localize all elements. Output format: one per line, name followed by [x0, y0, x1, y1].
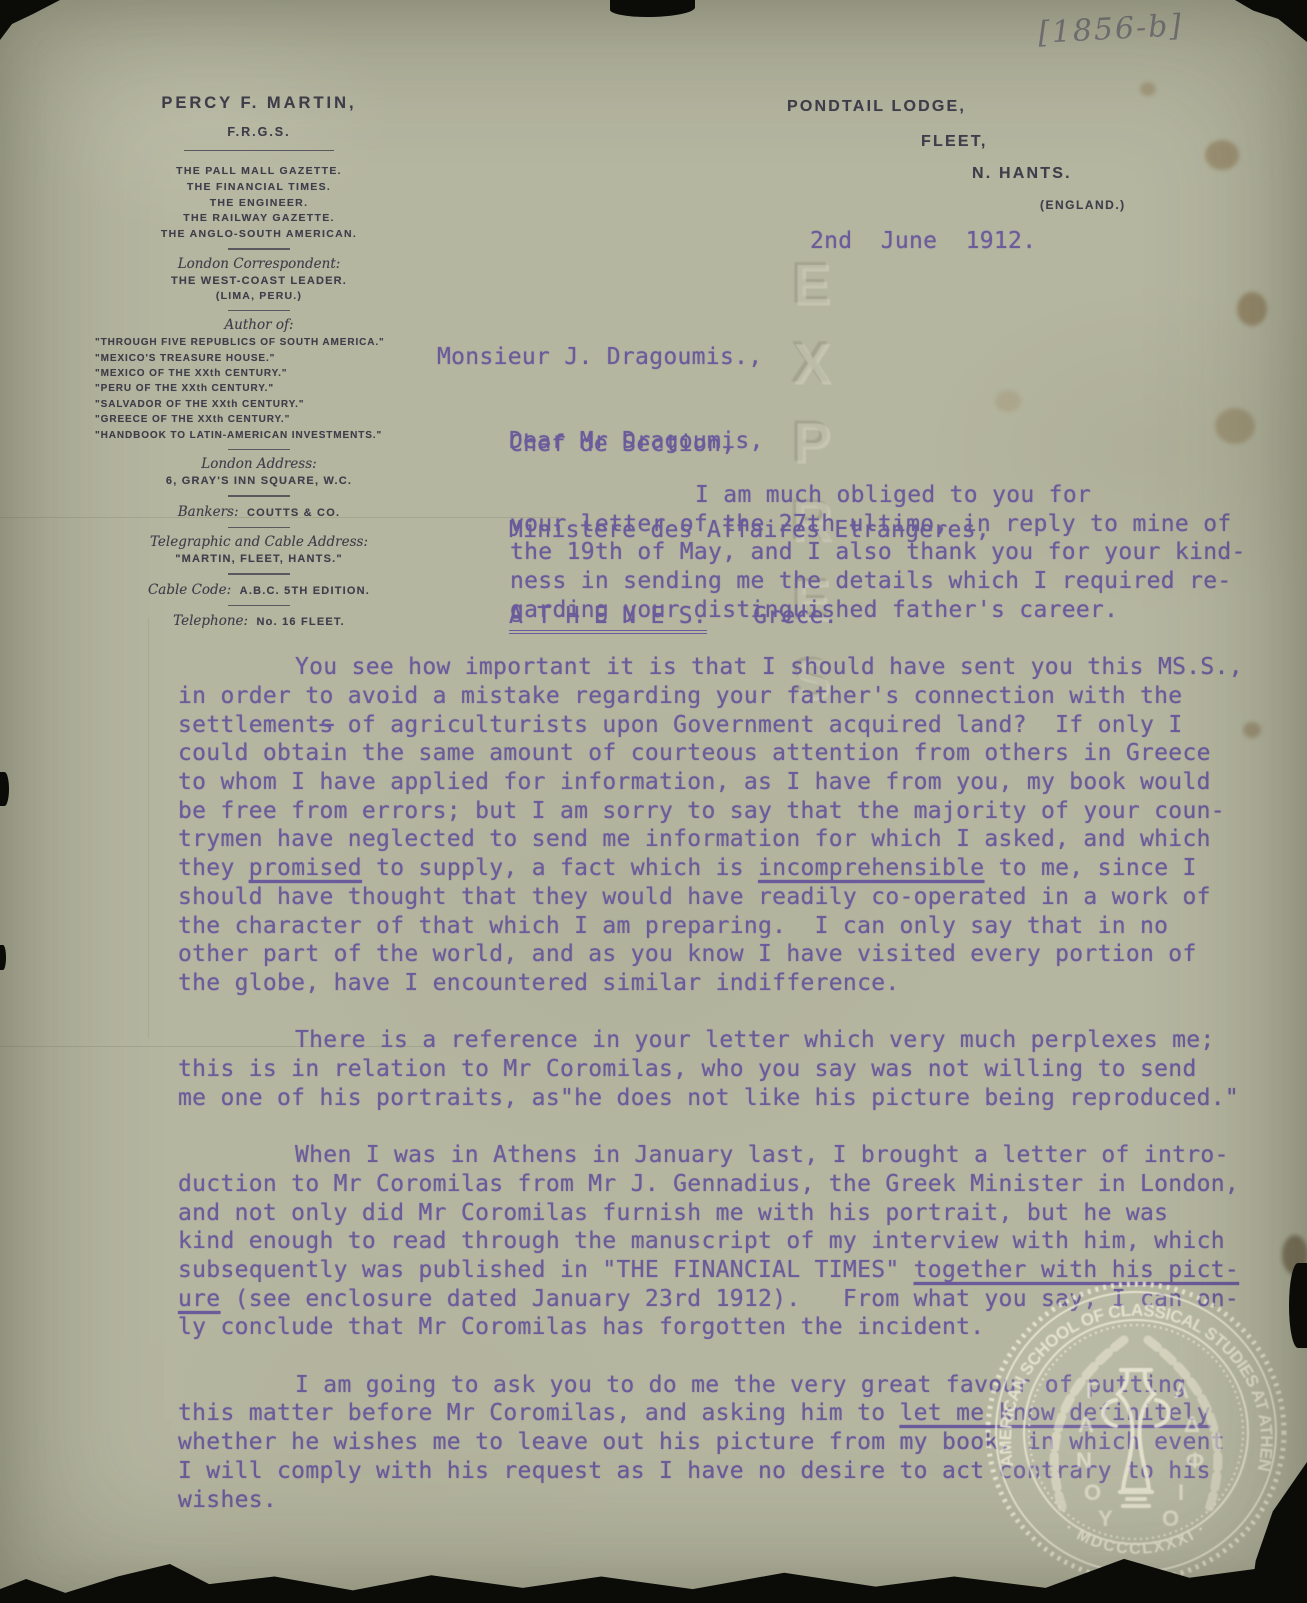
typed-segment: incomprehensible	[758, 855, 984, 881]
typed-line: When I was in Athens in January last, I …	[178, 1141, 1278, 1170]
seal-greek-letter: Γ	[1086, 1378, 1099, 1403]
paragraph: There is a reference in your letter whic…	[178, 1026, 1278, 1112]
seal-greek-letter: Ο	[1162, 1506, 1179, 1531]
typed-line: You see how important it is that I shoul…	[178, 653, 1278, 682]
paragraph: You see how important it is that I shoul…	[178, 653, 1278, 997]
typed-segment: settlement	[178, 712, 319, 738]
list-item: THE ENGINEER.	[85, 196, 433, 212]
typed-line: There is a reference in your letter whic…	[178, 1026, 1278, 1055]
typed-segment: me one of his portraits, as"he does not …	[178, 1085, 1239, 1111]
typed-segment: the character of that which I am prepari…	[178, 913, 1168, 939]
list-item: "PERU OF THE XXth CENTURY."	[95, 381, 433, 396]
list-item: "MEXICO OF THE XXth CENTURY."	[95, 366, 433, 381]
divider	[228, 310, 290, 311]
typed-segment: should have thought that they would have…	[178, 884, 1211, 910]
scanned-letter-page: [1856-b] EXPRES PERCY F. MARTIN, F.R.G.S…	[0, 0, 1307, 1603]
stain	[995, 390, 1021, 412]
london-address-label: London Address:	[85, 456, 433, 472]
typed-segment: You see how important it is that I shoul…	[295, 654, 1243, 680]
torn-edge	[0, 772, 9, 806]
list-item: "THROUGH FIVE REPUBLICS OF SOUTH AMERICA…	[95, 335, 433, 350]
letterhead-title: F.R.G.S.	[85, 125, 433, 139]
typed-line: settlements of agriculturists upon Gover…	[178, 711, 1278, 740]
typed-line: other part of the world, and as you know…	[178, 940, 1278, 969]
typed-segment: to whom I have applied for information, …	[178, 769, 1211, 795]
typed-segment: your letter of the 27th ultimo, in reply…	[510, 511, 1232, 537]
correspondent-location: (LIMA, PERU.)	[85, 289, 433, 304]
typed-line: should have thought that they would have…	[178, 883, 1278, 912]
list-item: "GREECE OF THE XXth CENTURY."	[95, 412, 433, 427]
recipient-name: Monsieur J. Dragoumis.,	[437, 343, 990, 372]
letterhead-publications: THE PALL MALL GAZETTE.THE FINANCIAL TIME…	[85, 164, 433, 242]
torn-edge	[0, 945, 6, 970]
typed-line: duction to Mr Coromilas from Mr J. Genna…	[178, 1170, 1278, 1199]
typed-segment: they	[178, 855, 249, 881]
divider	[228, 449, 290, 450]
seal-greek-letter: Α	[1078, 1412, 1094, 1437]
correspondent-value: THE WEST-COAST LEADER.	[85, 274, 433, 289]
seal-greek-letter: Φ	[1186, 1448, 1204, 1473]
salutation: Dear Mr Dragoumis,	[509, 428, 764, 454]
correspondent-label: London Correspondent:	[85, 256, 433, 272]
typed-segment: the 19th of May, and I also thank you fo…	[510, 539, 1246, 565]
typed-line: be free from errors; but I am sorry to s…	[178, 797, 1278, 826]
typed-segment: There is a reference in your letter whic…	[295, 1027, 1215, 1053]
list-item: "HANDBOOK TO LATIN-AMERICAN INVESTMENTS.…	[95, 428, 433, 443]
torn-edge	[0, 0, 60, 40]
fold-crease	[148, 618, 150, 1038]
typed-line: your letter of the 27th ultimo, in reply…	[510, 510, 1278, 539]
typed-line: to whom I have applied for information, …	[178, 768, 1278, 797]
typed-segment: garding your distinguished father's care…	[510, 597, 1118, 623]
letterhead-books: "THROUGH FIVE REPUBLICS OF SOUTH AMERICA…	[85, 335, 433, 443]
typed-line: trymen have neglected to send me informa…	[178, 825, 1278, 854]
typed-line: me one of his portraits, as"he does not …	[178, 1084, 1278, 1113]
list-item: "SALVADOR OF THE XXth CENTURY."	[95, 397, 433, 412]
typed-segment: to supply, a fact which is	[362, 855, 758, 881]
typed-segment: promised	[249, 855, 362, 881]
typed-line: garding your distinguished father's care…	[510, 596, 1278, 625]
stain	[1140, 82, 1156, 96]
typed-segment: other part of the world, and as you know…	[178, 941, 1197, 967]
typed-line: and not only did Mr Coromilas furnish me…	[178, 1199, 1278, 1228]
list-item: THE PALL MALL GAZETTE.	[85, 164, 433, 180]
typed-segment: ure	[178, 1286, 220, 1312]
typed-line: the globe, have I encountered similar in…	[178, 969, 1278, 998]
sender-address-line: (ENGLAND.)	[1040, 198, 1126, 212]
letterhead-name: PERCY F. MARTIN,	[85, 94, 433, 113]
divider	[184, 150, 334, 151]
stain	[1215, 408, 1255, 444]
typed-segment: ly conclude that Mr Coromilas has forgot…	[178, 1314, 984, 1340]
list-item: "MEXICO'S TREASURE HOUSE."	[95, 351, 433, 366]
seal-greek-letter: Ι	[1178, 1480, 1184, 1505]
typed-segment: this is in relation to Mr Coromilas, who…	[178, 1056, 1197, 1082]
letter-date: 2nd June 1912.	[810, 228, 1036, 254]
typed-segment: of agriculturists upon Government acquir…	[334, 712, 1183, 738]
seal-greek-letter: Ν	[1076, 1448, 1092, 1473]
typed-segment: to me, since I	[984, 855, 1196, 881]
typed-segment: could obtain the same amount of courteou…	[178, 740, 1211, 766]
typed-line: they promised to supply, a fact which is…	[178, 854, 1278, 883]
embossed-seal: AMERICAN SCHOOL OF CLASSICAL STUDIES AT …	[976, 1272, 1296, 1592]
typed-line: I am much obliged to you for	[510, 481, 1278, 510]
typed-segment: I am much obliged to you for	[695, 482, 1091, 508]
typed-segment: be free from errors; but I am sorry to s…	[178, 798, 1225, 824]
sender-address-line: FLEET,	[921, 133, 988, 151]
stain	[1205, 140, 1239, 170]
seal-greek-letter: Υ	[1098, 1506, 1113, 1531]
typed-segment: kind enough to read through the manuscri…	[178, 1228, 1225, 1254]
torn-edge	[610, 0, 695, 17]
archival-note: [1856-b]	[1037, 8, 1184, 51]
typed-segment: the globe, have I encountered similar in…	[178, 970, 900, 996]
typed-segment: ness in sending me the details which I r…	[510, 568, 1232, 594]
typed-line: this is in relation to Mr Coromilas, who…	[178, 1055, 1278, 1084]
divider	[228, 248, 290, 249]
typed-segment: trymen have neglected to send me informa…	[178, 826, 1211, 852]
typed-line: the character of that which I am prepari…	[178, 912, 1278, 941]
typed-segment: subsequently was published in "THE FINAN…	[178, 1257, 914, 1283]
typed-segment: and not only did Mr Coromilas furnish me…	[178, 1200, 1168, 1226]
sender-address-line: PONDTAIL LODGE,	[787, 98, 966, 116]
typed-line: the 19th of May, and I also thank you fo…	[510, 538, 1278, 567]
typed-segment: s	[319, 712, 333, 738]
seal-greek-letter: Λ	[1174, 1378, 1189, 1403]
torn-edge	[1235, 0, 1307, 42]
typed-line: could obtain the same amount of courteou…	[178, 739, 1278, 768]
stain	[1237, 292, 1267, 326]
paragraph: I am much obliged to you foryour letter …	[510, 481, 1278, 625]
list-item: THE RAILWAY GAZETTE.	[85, 211, 433, 227]
sender-address-line: N. HANTS.	[972, 165, 1072, 183]
typed-line: ness in sending me the details which I r…	[510, 567, 1278, 596]
author-label: Author of:	[85, 317, 433, 333]
list-item: THE FINANCIAL TIMES.	[85, 180, 433, 196]
seal-greek-letter: Δ	[1184, 1412, 1200, 1437]
typed-segment: When I was in Athens in January last, I …	[295, 1142, 1229, 1168]
typed-line: in order to avoid a mistake regarding yo…	[178, 682, 1278, 711]
stain	[1282, 1235, 1307, 1275]
seal-greek-letter: Ο	[1084, 1480, 1101, 1505]
typed-segment: duction to Mr Coromilas from Mr J. Genna…	[178, 1171, 1239, 1197]
typed-line: kind enough to read through the manuscri…	[178, 1227, 1278, 1256]
list-item: THE ANGLO-SOUTH AMERICAN.	[85, 227, 433, 243]
typed-segment: this matter before Mr Coromilas, and ask…	[178, 1400, 900, 1426]
typed-segment: in order to avoid a mistake regarding yo…	[178, 683, 1182, 709]
typed-segment: wishes.	[178, 1487, 277, 1513]
